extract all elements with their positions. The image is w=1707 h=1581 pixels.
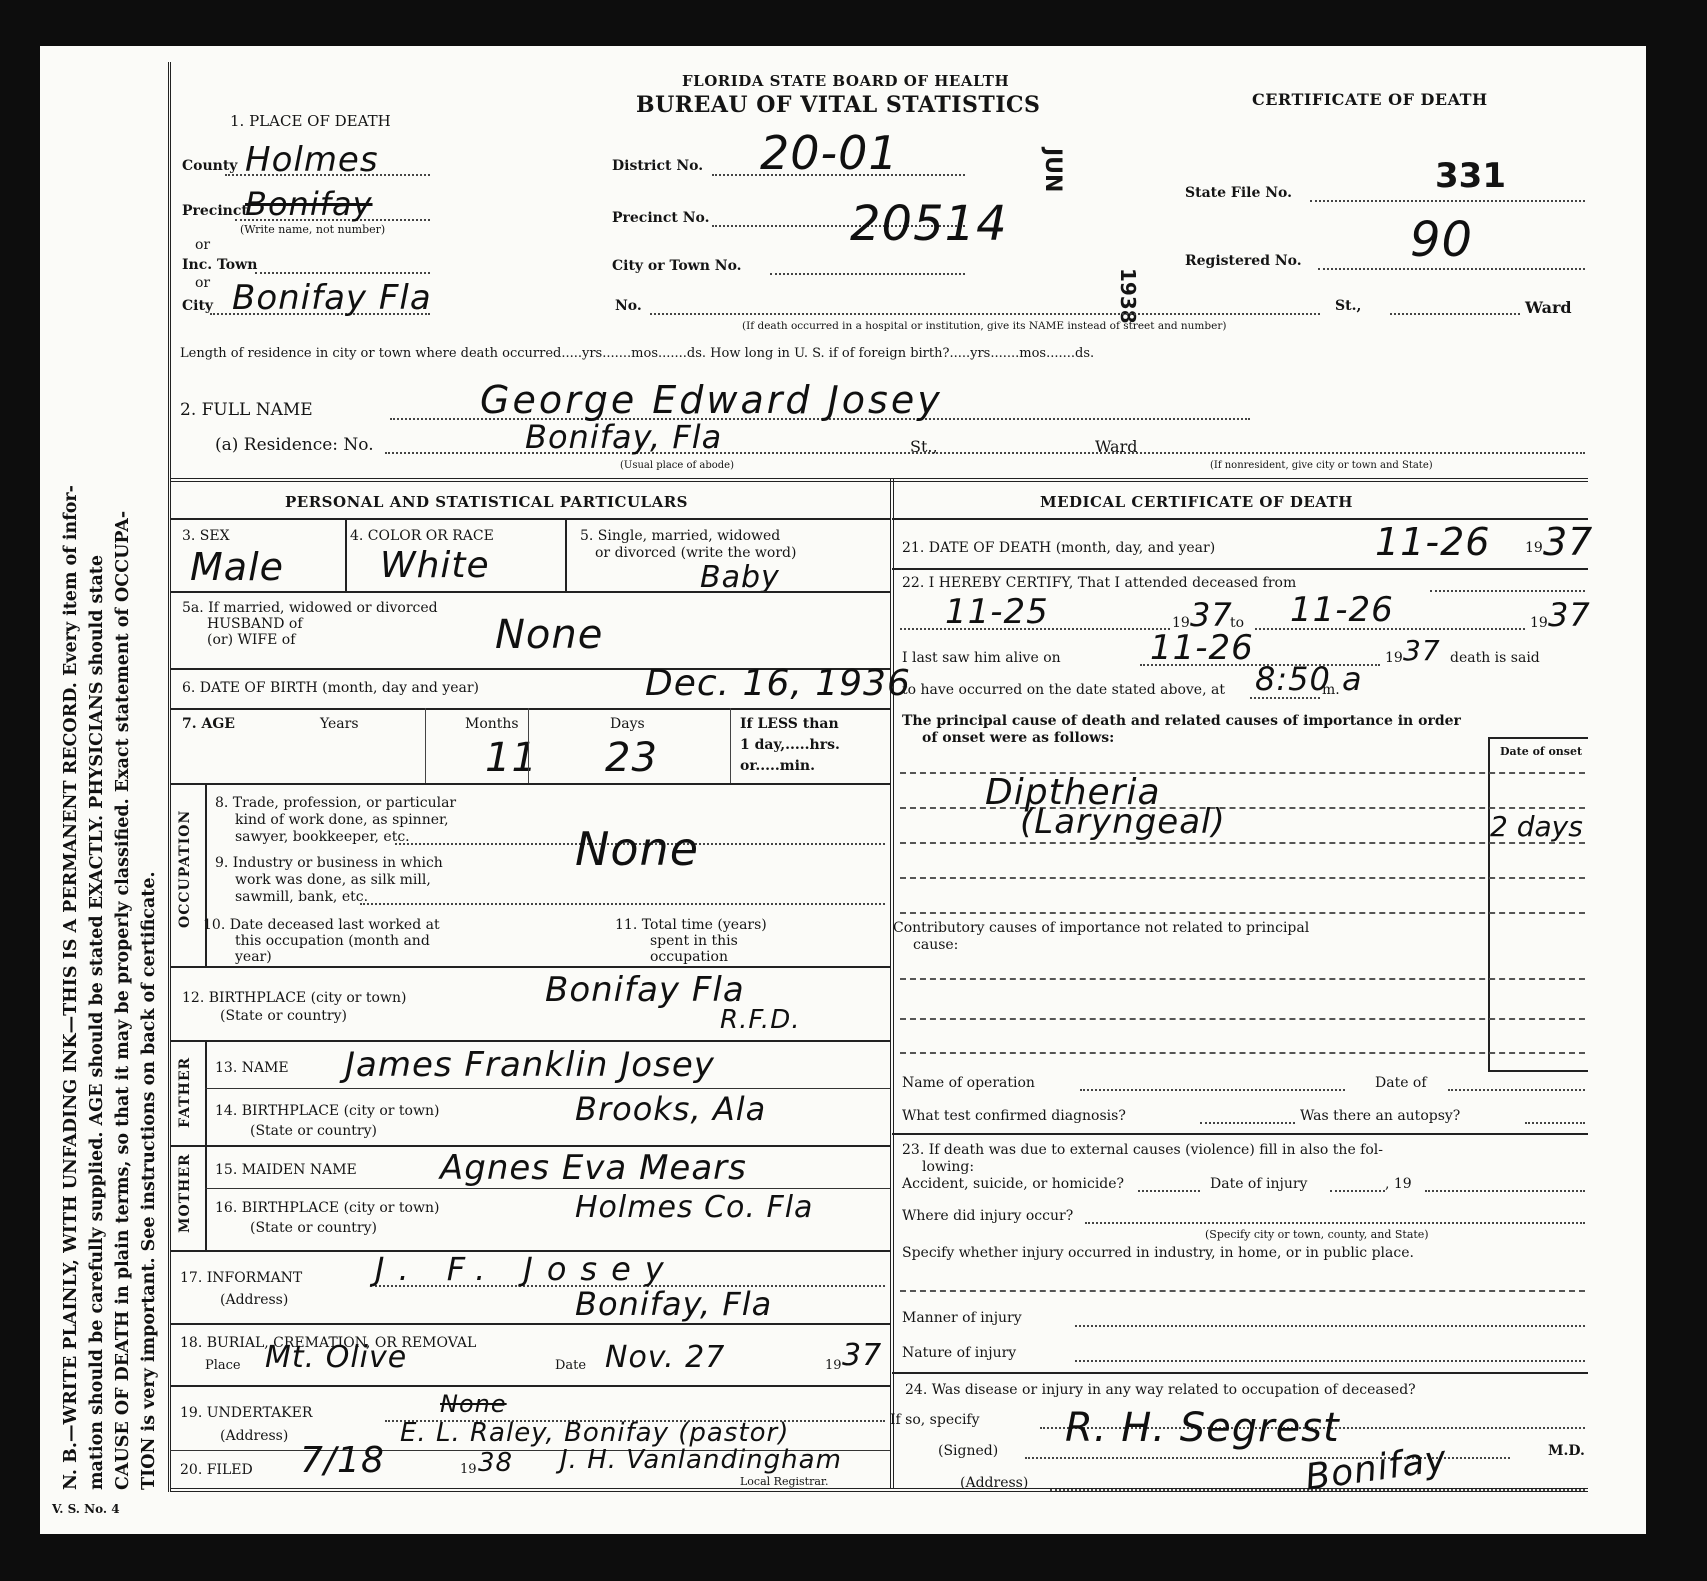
manner-label: Manner of injury xyxy=(902,1310,1022,1326)
undertaker-label: 19. UNDERTAKER xyxy=(180,1405,312,1421)
form-number: V. S. No. 4 xyxy=(52,1502,120,1516)
rule xyxy=(1488,737,1588,739)
injury-year-prefix: , 19 xyxy=(1385,1176,1412,1192)
personal-heading: PERSONAL AND STATISTICAL PARTICULARS xyxy=(285,493,688,511)
less-label-2: 1 day,.....hrs. xyxy=(740,737,840,753)
contrib-line xyxy=(900,978,1585,980)
dob-value: Dec. 16, 1936 xyxy=(645,663,911,704)
birthplace-label-1: 12. BIRTHPLACE (city or town) xyxy=(182,990,406,1006)
father-name-value: James Franklin Josey xyxy=(345,1045,715,1085)
residence-value: Bonifay, Fla xyxy=(525,418,722,456)
rule xyxy=(565,518,567,591)
residence-label: (a) Residence: No. xyxy=(215,435,374,455)
undertaker-struck-value: None xyxy=(440,1390,507,1418)
occurred-label: to have occurred on the date stated abov… xyxy=(902,682,1225,698)
less-label-3: or.....min. xyxy=(740,758,815,774)
undertaker-value: E. L. Raley, Bonifay (pastor) xyxy=(400,1418,789,1448)
rule xyxy=(205,783,207,966)
received-stamp-month: JUN xyxy=(1040,148,1065,192)
mother-vertical-label: MOTHER xyxy=(177,1163,193,1233)
dod-year-value: 37 xyxy=(1543,520,1593,564)
where-note: (Specify city or town, county, and State… xyxy=(1205,1228,1429,1241)
rule xyxy=(170,1385,890,1387)
time-suffix: m. xyxy=(1322,682,1340,698)
filed-year-value: 38 xyxy=(478,1448,513,1478)
cause-line xyxy=(900,912,1585,914)
county-value: Holmes xyxy=(245,140,379,180)
agency-title: FLORIDA STATE BOARD OF HEALTH xyxy=(682,72,1009,90)
rule xyxy=(170,1323,890,1325)
sex-label: 3. SEX xyxy=(182,528,230,544)
last-saw-value: 11-26 xyxy=(1150,628,1254,668)
medical-heading: MEDICAL CERTIFICATE OF DEATH xyxy=(1040,493,1353,511)
rule xyxy=(170,1040,890,1042)
burial-date-label: Date xyxy=(555,1358,586,1373)
address-label: (Address) xyxy=(960,1475,1028,1491)
totaltime-label-3: occupation xyxy=(650,949,728,965)
bureau-title: BUREAU OF VITAL STATISTICS xyxy=(636,92,1040,118)
age-months-value: 11 xyxy=(485,735,538,781)
district-value: 20-01 xyxy=(760,126,899,180)
rule xyxy=(892,1133,1588,1135)
precinct-note: (Write name, not number) xyxy=(240,223,385,236)
nonresident-note: (If nonresident, give city or town and S… xyxy=(1210,460,1433,471)
race-value: White xyxy=(380,545,490,586)
trade-label-1: 8. Trade, profession, or particular xyxy=(215,795,456,811)
spouse-label-3: (or) WIFE of xyxy=(207,632,295,648)
industry-line xyxy=(360,903,885,905)
operation-date-line xyxy=(1448,1089,1585,1091)
external-label-1: 23. If death was due to external causes … xyxy=(902,1142,1383,1158)
informant-address-label: (Address) xyxy=(220,1292,288,1308)
father-bp-label-2: (State or country) xyxy=(250,1123,377,1139)
father-bp-value: Brooks, Ala xyxy=(575,1090,766,1128)
rule xyxy=(1488,1070,1588,1072)
full-name-label: 2. FULL NAME xyxy=(180,400,313,420)
mother-name-label: 15. MAIDEN NAME xyxy=(215,1162,357,1178)
manner-line xyxy=(1075,1325,1585,1327)
where-line xyxy=(1085,1222,1585,1224)
district-label: District No. xyxy=(612,158,703,174)
specify-line xyxy=(900,1290,1585,1292)
injury-date-label: Date of injury xyxy=(1210,1176,1307,1192)
precinct-no-label: Precinct No. xyxy=(612,210,709,226)
ward-line xyxy=(1390,313,1520,315)
rule xyxy=(170,708,890,710)
rule xyxy=(345,518,347,591)
specify-label: Specify whether injury occurred in indus… xyxy=(902,1245,1414,1261)
age-days-value: 23 xyxy=(605,735,658,781)
rule xyxy=(1488,737,1490,1070)
industry-label-2: work was done, as silk mill, xyxy=(235,872,431,888)
age-years-label: Years xyxy=(320,716,359,732)
cause-intro-2: of onset were as follows: xyxy=(922,730,1114,746)
father-name-label: 13. NAME xyxy=(215,1060,289,1076)
attended-to-value: 11-26 xyxy=(1290,590,1394,630)
md-label: M.D. xyxy=(1548,1443,1585,1459)
full-name-value: George Edward Josey xyxy=(480,378,943,422)
totaltime-label-2: spent in this xyxy=(650,933,738,949)
cause-intro-1: The principal cause of death and related… xyxy=(902,713,1461,729)
filed-year-prefix: 19 xyxy=(460,1462,477,1477)
cause-line xyxy=(900,877,1585,879)
usual-abode-note: (Usual place of abode) xyxy=(620,460,734,471)
city-label: City xyxy=(182,298,213,314)
industry-label-3: sawmill, bank, etc. xyxy=(235,889,368,905)
burial-place-value: Mt. Olive xyxy=(265,1340,407,1375)
trade-label-3: sawyer, bookkeeper, etc. xyxy=(235,829,410,845)
marital-label-1: 5. Single, married, widowed xyxy=(580,528,780,544)
rule xyxy=(205,1145,207,1250)
mother-bp-label-2: (State or country) xyxy=(250,1220,377,1236)
cause-2-value: (Laryngeal) xyxy=(1020,802,1226,842)
residence-ward-label: Ward xyxy=(1095,437,1137,456)
registered-number: 90 xyxy=(1410,212,1473,268)
inc-town-label: Inc. Town xyxy=(182,257,257,273)
street-no-line xyxy=(650,313,1320,315)
birthplace-label-2: (State or country) xyxy=(220,1008,347,1024)
filed-value: 7/18 xyxy=(300,1440,385,1481)
rule xyxy=(892,1372,1588,1374)
accident-line xyxy=(1138,1190,1200,1192)
test-line xyxy=(1200,1122,1295,1124)
rule xyxy=(205,1088,890,1089)
sex-value: Male xyxy=(190,545,284,589)
onset-header: Date of onset xyxy=(1500,745,1582,758)
physician-signature: R. H. Segrest xyxy=(1065,1405,1340,1451)
document-type: CERTIFICATE OF DEATH xyxy=(1252,90,1488,109)
operation-date-label: Date of xyxy=(1375,1075,1427,1091)
occ-related-label: 24. Was disease or injury in any way rel… xyxy=(905,1382,1416,1398)
county-label: County xyxy=(182,158,237,174)
to-year-prefix: 19 xyxy=(1530,615,1548,631)
burial-date-value: Nov. 27 xyxy=(605,1340,725,1375)
autopsy-label: Was there an autopsy? xyxy=(1300,1108,1460,1124)
column-divider xyxy=(890,478,894,1488)
accident-label: Accident, suicide, or homicide? xyxy=(902,1176,1124,1192)
where-label: Where did injury occur? xyxy=(902,1208,1073,1224)
certify-line xyxy=(1430,590,1585,592)
last-saw-label: I last saw him alive on xyxy=(902,650,1061,666)
to-year-value: 37 xyxy=(1548,596,1591,634)
undertaker-address-label: (Address) xyxy=(220,1428,288,1444)
onset-1-value: 2 days xyxy=(1490,810,1583,843)
precinct-value: Bonifay xyxy=(245,185,373,223)
age-months-label: Months xyxy=(465,716,519,732)
contrib-line xyxy=(900,1018,1585,1020)
city-town-no-line xyxy=(770,273,965,275)
spouse-label-2: HUSBAND of xyxy=(207,616,303,632)
received-stamp-year: 1938 xyxy=(1116,268,1140,324)
instruction-line-4: TION is very important. See instructions… xyxy=(136,90,162,1490)
dob-label: 6. DATE OF BIRTH (month, day and year) xyxy=(182,680,479,696)
hospital-note: (If death occurred in a hospital or inst… xyxy=(742,320,1226,332)
state-file-line xyxy=(1310,200,1585,202)
informant-label: 17. INFORMANT xyxy=(180,1270,302,1286)
dod-year-prefix: 19 xyxy=(1525,540,1543,556)
marital-label-2: or divorced (write the word) xyxy=(595,545,796,561)
rule xyxy=(205,1188,890,1189)
filed-label: 20. FILED xyxy=(180,1462,253,1478)
operation-label: Name of operation xyxy=(902,1075,1035,1091)
registered-label: Registered No. xyxy=(1185,253,1302,269)
mother-bp-label-1: 16. BIRTHPLACE (city or town) xyxy=(215,1200,439,1216)
registrar-signature: J. H. Vanlandingham xyxy=(560,1445,842,1475)
occupation-vertical-label: OCCUPATION xyxy=(177,818,193,928)
attended-from-value: 11-25 xyxy=(945,592,1049,632)
marital-value: Baby xyxy=(700,560,780,595)
contrib-line xyxy=(900,1052,1585,1054)
occupation-value: None xyxy=(575,822,699,876)
rule xyxy=(205,1040,207,1145)
operation-line xyxy=(1080,1089,1345,1091)
certify-label: 22. I HEREBY CERTIFY, That I attended de… xyxy=(902,575,1296,591)
birthplace-value-2: R.F.D. xyxy=(720,1005,800,1035)
rule xyxy=(730,708,731,783)
instruction-line-1: N. B.—WRITE PLAINLY, WITH UNFADING INK—T… xyxy=(58,90,84,1490)
ward-label: Ward xyxy=(1525,298,1572,317)
signed-label: (Signed) xyxy=(938,1443,998,1459)
father-bp-label-1: 14. BIRTHPLACE (city or town) xyxy=(215,1103,439,1119)
burial-year-prefix: 19 xyxy=(825,1358,842,1373)
precinct-no-value: 20514 xyxy=(850,196,1008,252)
age-label: 7. AGE xyxy=(182,716,235,732)
totaltime-label-1: 11. Total time (years) xyxy=(615,917,767,933)
burial-year-value: 37 xyxy=(842,1338,882,1373)
or-label-1: or xyxy=(195,237,210,253)
contrib-label-1: Contributory causes of importance not re… xyxy=(893,920,1309,936)
city-town-no-label: City or Town No. xyxy=(612,258,742,274)
lastworked-label-2: this occupation (month and xyxy=(235,933,430,949)
precinct-label: Precinct xyxy=(182,203,248,219)
rule xyxy=(170,966,890,968)
spouse-label-1: 5a. If married, widowed or divorced xyxy=(182,600,438,616)
or-label-2: or xyxy=(195,275,210,291)
informant-address-value: Bonifay, Fla xyxy=(575,1285,772,1323)
death-said-label: death is said xyxy=(1450,650,1540,666)
inc-town-line xyxy=(255,272,430,274)
instruction-line-3: CAUSE OF DEATH in plain terms, so that i… xyxy=(110,90,136,1490)
father-vertical-label: FATHER xyxy=(177,1058,193,1128)
rule xyxy=(170,783,890,785)
street-st-label: St., xyxy=(1335,298,1361,314)
residence-st-label: St., xyxy=(910,437,938,456)
dod-value: 11-26 xyxy=(1375,520,1490,564)
registrar-label: Local Registrar. xyxy=(740,1475,828,1488)
age-days-label: Days xyxy=(610,716,645,732)
lastworked-label-1: 10. Date deceased last worked at xyxy=(203,917,440,933)
rule xyxy=(528,708,529,783)
place-of-death-heading: 1. PLACE OF DEATH xyxy=(230,112,391,130)
autopsy-line xyxy=(1525,1122,1585,1124)
last-saw-year-value: 37 xyxy=(1403,634,1441,667)
residence-length: Length of residence in city or town wher… xyxy=(180,346,1094,361)
informant-value: J. F. Josey xyxy=(375,1250,678,1288)
dod-label: 21. DATE OF DEATH (month, day, and year) xyxy=(902,540,1215,556)
street-no-label: No. xyxy=(615,298,642,314)
rule xyxy=(425,708,426,783)
side-instructions: N. B.—WRITE PLAINLY, WITH UNFADING INK—T… xyxy=(58,90,166,1490)
test-label: What test confirmed diagnosis? xyxy=(902,1108,1126,1124)
birthplace-value: Bonifay Fla xyxy=(545,970,745,1010)
injury-date-line xyxy=(1330,1190,1385,1192)
rule xyxy=(170,1145,890,1147)
mother-name-value: Agnes Eva Mears xyxy=(440,1148,747,1188)
nature-line xyxy=(1075,1360,1585,1362)
section-divider xyxy=(170,478,1588,482)
industry-label-1: 9. Industry or business in which xyxy=(215,855,443,871)
time-value: 8:50 a xyxy=(1255,660,1363,698)
trade-label-2: kind of work done, as spinner, xyxy=(235,812,449,828)
rule xyxy=(892,568,1588,570)
external-label-2: lowing: xyxy=(922,1159,974,1175)
less-label-1: If LESS than xyxy=(740,716,839,732)
nature-label: Nature of injury xyxy=(902,1345,1016,1361)
spouse-value: None xyxy=(495,612,603,658)
state-file-number: 331 xyxy=(1435,156,1506,196)
contrib-label-2: cause: xyxy=(913,937,958,953)
state-file-label: State File No. xyxy=(1185,185,1292,201)
registered-line xyxy=(1318,268,1585,270)
rule xyxy=(170,518,890,520)
burial-place-label: Place xyxy=(205,1358,241,1373)
mother-bp-value: Holmes Co. Fla xyxy=(575,1190,813,1225)
rule xyxy=(170,591,890,593)
cause-line xyxy=(900,842,1585,844)
lastworked-label-3: year) xyxy=(235,949,272,965)
last-saw-year-prefix: 19 xyxy=(1385,650,1403,666)
if-so-label: If so, specify xyxy=(890,1412,980,1428)
injury-year-line xyxy=(1425,1190,1585,1192)
instruction-line-2: mation should be carefully supplied. AGE… xyxy=(84,90,110,1490)
race-label: 4. COLOR OR RACE xyxy=(350,528,494,544)
city-value: Bonifay Fla xyxy=(232,278,432,318)
